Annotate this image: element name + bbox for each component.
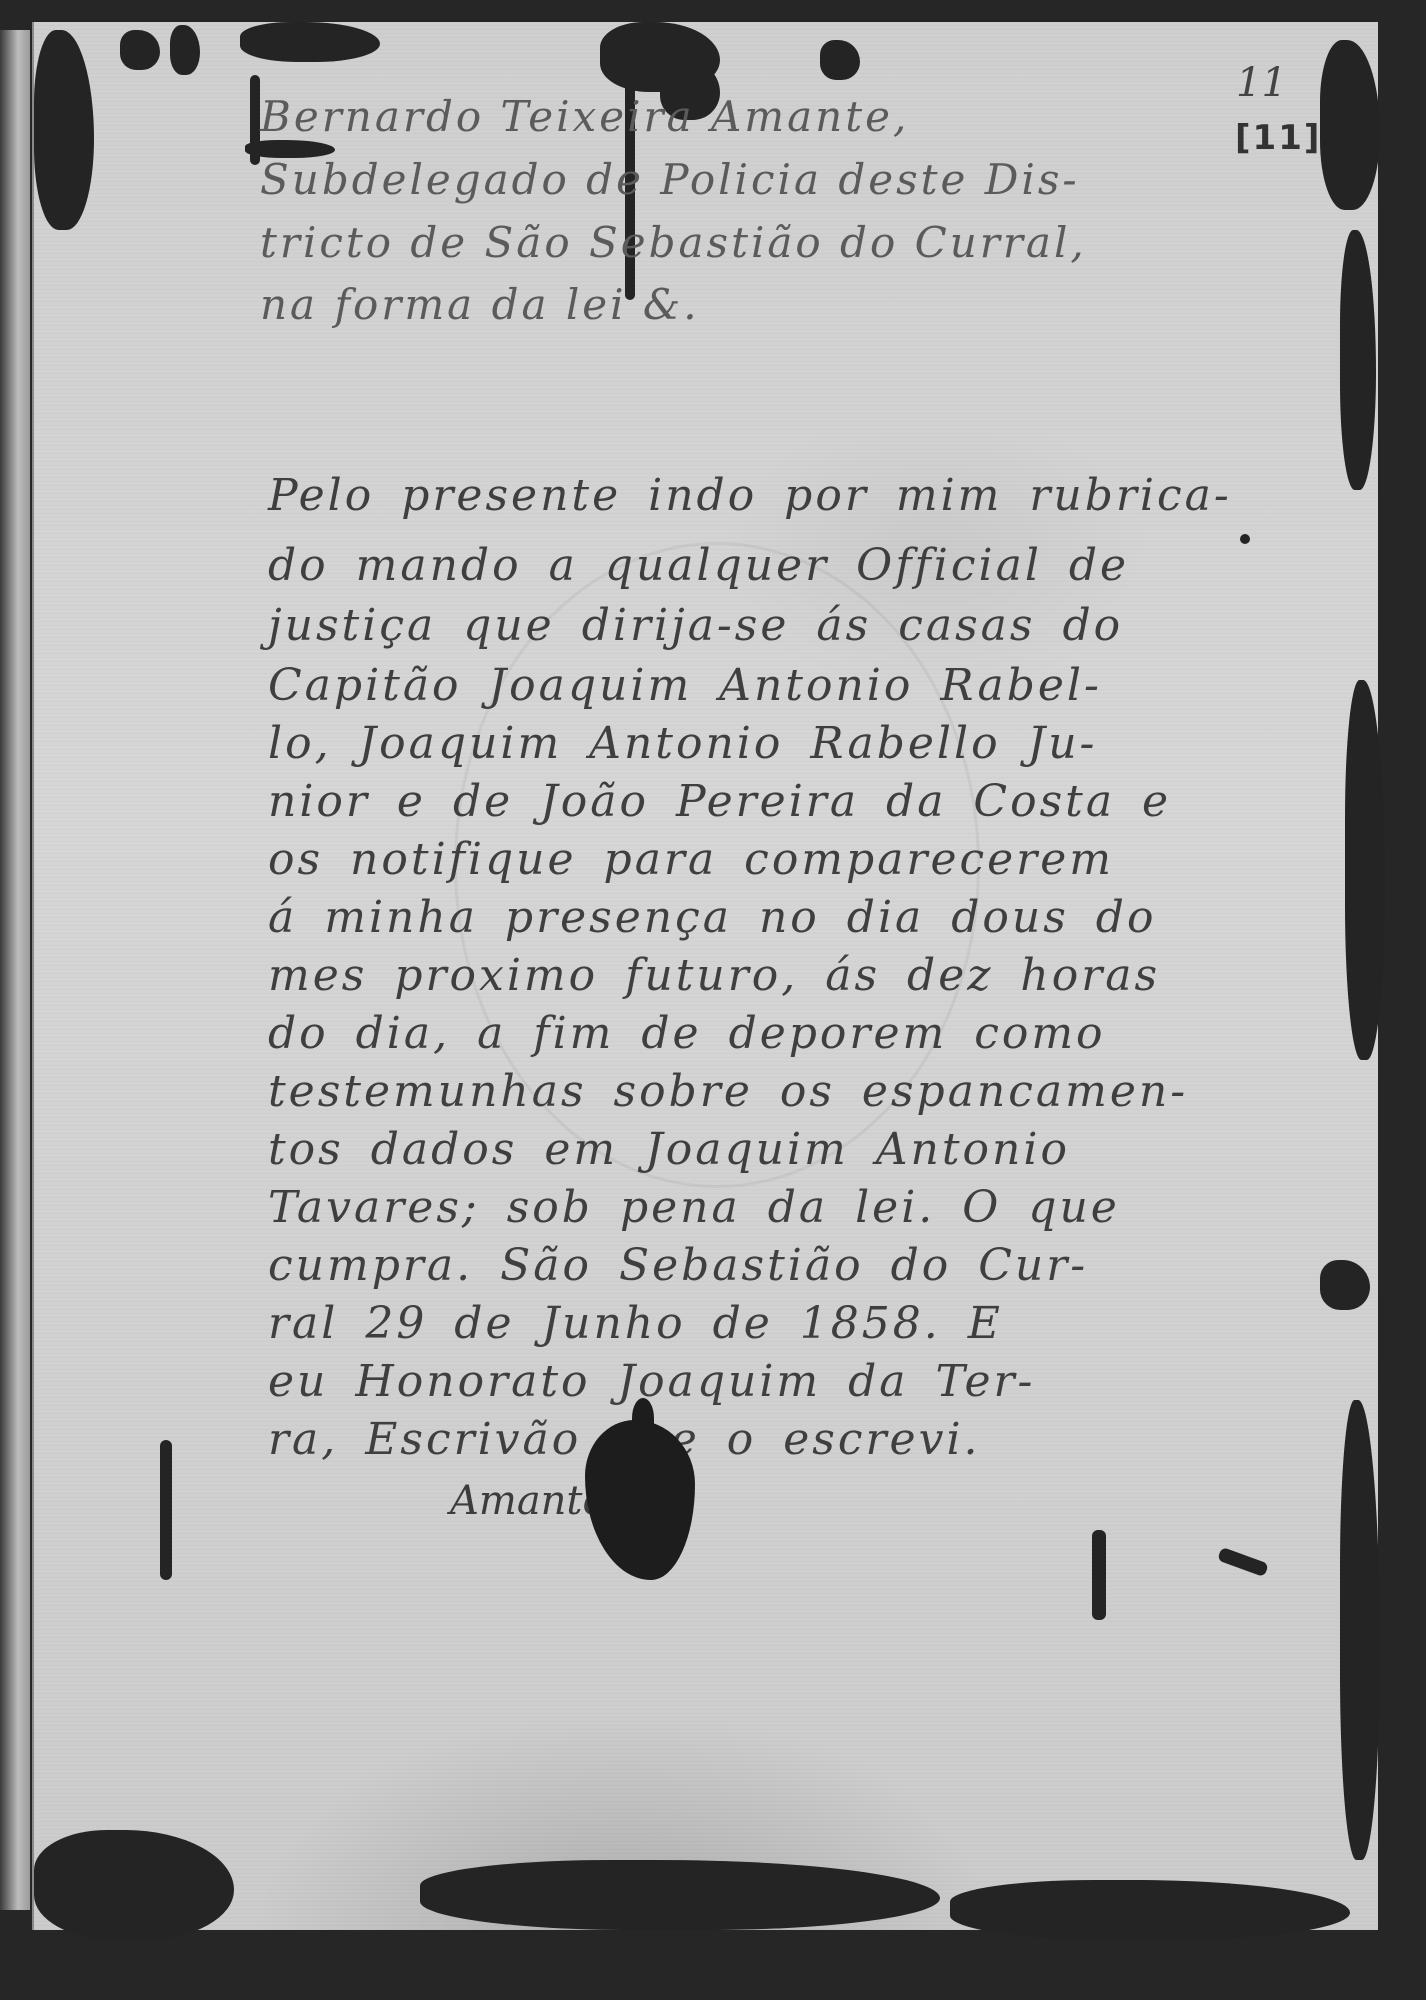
heading-line-4: na forma da lei &. bbox=[260, 280, 700, 329]
body-line-4: Capitão Joaquim Antonio Rabel- bbox=[268, 660, 1102, 711]
damage-blot bbox=[1092, 1530, 1106, 1620]
damage-blot bbox=[160, 1440, 172, 1580]
body-line-9: mes proximo futuro, ás dez horas bbox=[268, 950, 1160, 1001]
body-line-12: tos dados em Joaquim Antonio bbox=[268, 1124, 1070, 1175]
top-damaged-edge bbox=[0, 0, 1426, 22]
body-line-15: ral 29 de Junho de 1858. E bbox=[268, 1298, 1003, 1349]
scanned-document: 11 [11] Bernardo Teixeira Amante, Subdel… bbox=[0, 0, 1426, 2000]
heading-line-3: tricto de São Sebastião do Curral, bbox=[260, 218, 1087, 267]
body-line-7: os notifique para comparecerem bbox=[268, 834, 1114, 885]
body-line-14: cumpra. São Sebastião do Cur- bbox=[268, 1240, 1088, 1291]
damage-blot bbox=[240, 22, 380, 62]
body-line-3: justiça que dirija-se ás casas do bbox=[268, 600, 1123, 651]
body-line-10: do dia, a fim de deporem como bbox=[268, 1008, 1106, 1059]
folio-number: 11 bbox=[1236, 60, 1287, 106]
body-line-11: testemunhas sobre os espancamen- bbox=[268, 1066, 1188, 1117]
damage-blot bbox=[120, 30, 160, 70]
signature: Amante bbox=[450, 1478, 606, 1524]
heading-line-2: Subdelegado de Policia deste Dis- bbox=[260, 155, 1080, 204]
damage-blot bbox=[170, 25, 200, 75]
damage-blot bbox=[1240, 534, 1250, 544]
body-line-2: do mando a qualquer Official de bbox=[268, 540, 1129, 591]
body-line-6: nior e de João Pereira da Costa e bbox=[268, 776, 1171, 827]
body-line-13: Tavares; sob pena da lei. O que bbox=[268, 1182, 1120, 1233]
right-damaged-edge bbox=[1378, 0, 1426, 2000]
body-line-8: á minha presença no dia dous do bbox=[268, 892, 1156, 943]
heading-line-1: Bernardo Teixeira Amante, bbox=[260, 92, 909, 141]
damage-blot bbox=[250, 75, 260, 165]
body-line-16: eu Honorato Joaquim da Ter- bbox=[268, 1356, 1035, 1407]
damage-blot bbox=[1320, 1260, 1370, 1310]
body-line-1: Pelo presente indo por mim rubrica- bbox=[268, 470, 1232, 521]
bottom-damaged-edge bbox=[0, 1930, 1426, 2000]
body-line-5: lo, Joaquim Antonio Rabello Ju- bbox=[268, 718, 1097, 769]
folio-bracket-label: [11] bbox=[1235, 118, 1321, 158]
damage-blot bbox=[820, 40, 860, 80]
binding-strip bbox=[0, 30, 30, 1910]
